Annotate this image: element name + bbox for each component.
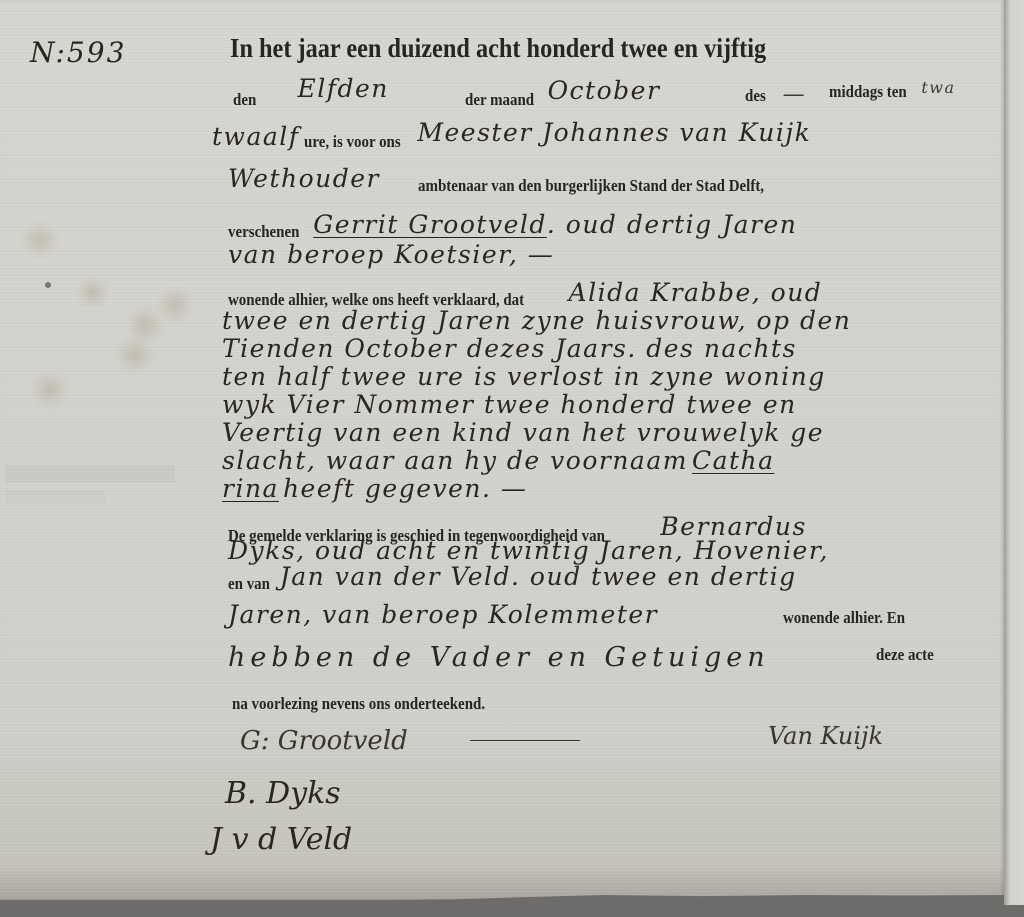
handwritten-witness2-occupation: Jaren, van beroep Kolemmeter <box>228 600 658 629</box>
handwritten-father-name: Gerrit Grootveld <box>313 210 547 239</box>
handwritten-witness1-details: Dyks, oud acht en twintig Jaren, Hovenie… <box>228 536 829 565</box>
deze-acte: deze acte <box>876 645 942 665</box>
printed-text: In het jaar een duizend acht honderd twe… <box>230 33 766 64</box>
closing-line: na voorlezing nevens ons onderteekend. <box>232 694 520 714</box>
handwritten-address: wyk Vier Nommer twee honderd twee en <box>222 390 797 419</box>
signature-witness1: B. Dyks <box>225 776 341 811</box>
handwritten-signers: hebben de Vader en Getuigen <box>228 642 770 673</box>
witness2-occupation-line: Jaren, van beroep Kolemmeter <box>228 604 658 633</box>
handwritten-father-age: . oud dertig Jaren <box>547 210 798 239</box>
ink-dot <box>45 282 51 288</box>
printed-text: wonende alhier. En <box>783 608 905 628</box>
bleed-through-band <box>5 490 105 504</box>
witness2-line: en van Jan van der Veld. oud twee en der… <box>228 566 797 595</box>
printed-text: ure, is voor ons <box>304 132 401 152</box>
handwritten-line: rina heeft gegeven. — <box>222 474 527 503</box>
printed-text: der maand <box>465 90 534 110</box>
record-number: N:593 <box>30 36 126 69</box>
handwritten-child-name-start: Catha <box>692 446 775 475</box>
official-line: twaalf ure, is voor ons Meester Johannes… <box>212 124 811 153</box>
handwritten-text: heeft gegeven. — <box>283 474 527 503</box>
handwritten-child-name-end: rina <box>222 474 279 503</box>
signature-official: Van Kuijk <box>768 722 883 750</box>
stain <box>30 370 70 410</box>
signing-line: hebben de Vader en Getuigen <box>228 642 770 673</box>
residence-line-2: wonende alhier. En <box>783 608 922 628</box>
handwritten-birth-date: Tienden October dezes Jaars. des nachts <box>222 334 797 363</box>
handwritten-witness2: Jan van der Veld. oud twee en dertig <box>280 562 797 591</box>
handwritten-text: twee en dertig Jaren zyne huisvrouw, op … <box>222 306 851 335</box>
signature-flourish <box>470 740 580 741</box>
handwritten-father-occupation: van beroep Koetsier, — <box>228 240 554 269</box>
adjacent-page-edge <box>1004 0 1024 905</box>
printed-text: ambtenaar van den burgerlijken Stand der… <box>418 176 764 196</box>
handwritten-official-title: Wethouder <box>228 164 380 193</box>
handwritten-mother-name: Alida Krabbe, oud <box>569 278 823 307</box>
stain <box>20 220 60 260</box>
printed-text: deze acte <box>876 645 934 665</box>
handwritten-line: wyk Vier Nommer twee honderd twee en <box>222 390 797 419</box>
printed-text: des <box>745 86 766 106</box>
stain <box>155 285 195 325</box>
printed-text: verschenen <box>228 222 299 242</box>
handwritten-line: slacht, waar aan hy de voornaam Catha <box>222 446 775 475</box>
handwritten-day: Elfden <box>297 74 388 103</box>
handwritten-line: Veertig van een kind van het vrouwelyk g… <box>222 418 824 447</box>
signature-witness2: J v d Veld <box>210 822 352 857</box>
official-title-line: Wethouder ambtenaar van den burgerlijken… <box>228 168 811 197</box>
handwritten-child-sex: Veertig van een kind van het vrouwelyk g… <box>222 418 824 447</box>
date-line-des: des — <box>745 82 806 107</box>
witness1-details-line: Dyks, oud acht en twintig Jaren, Hovenie… <box>228 536 829 565</box>
handwritten-hour: twaalf <box>212 122 300 151</box>
handwritten-official-name: Meester Johannes van Kuijk <box>417 118 811 147</box>
date-line-month: der maand October <box>465 82 660 111</box>
date-line-hour: middags ten twa <box>829 82 956 102</box>
handwritten-month: October <box>548 76 661 105</box>
handwritten-line: Tienden October dezes Jaars. des nachts <box>222 334 797 363</box>
stain <box>115 335 155 375</box>
signature-father: G: Grootveld <box>240 726 408 756</box>
scanned-document: ​ N:593 In het jaar een duizend acht hon… <box>0 0 1024 917</box>
handwritten-hour-start: twa <box>921 78 955 97</box>
printed-text: en van <box>228 574 270 594</box>
handwritten-line: twee en dertig Jaren zyne huisvrouw, op … <box>222 306 851 335</box>
heading-year-line: In het jaar een duizend acht honderd twe… <box>230 33 826 64</box>
occupation-line: van beroep Koetsier, — <box>228 240 554 269</box>
handwritten-birth-time: ten half twee ure is verlost in zyne won… <box>222 362 826 391</box>
bleed-through-band <box>5 465 175 483</box>
printed-text: middags ten <box>829 82 907 102</box>
date-line: den Elfden <box>233 82 389 111</box>
printed-text: na voorlezing nevens ons onderteekend. <box>232 694 485 714</box>
stain <box>75 275 110 310</box>
handwritten-text: slacht, waar aan hy de voornaam <box>222 446 688 475</box>
register-page: ​ N:593 In het jaar een duizend acht hon… <box>0 0 1004 900</box>
handwritten-line: ten half twee ure is verlost in zyne won… <box>222 362 826 391</box>
printed-text: den <box>233 90 256 110</box>
handwritten-dash: — <box>783 82 807 107</box>
declarant-line: verschenen Gerrit Grootveld. oud dertig … <box>228 214 797 243</box>
